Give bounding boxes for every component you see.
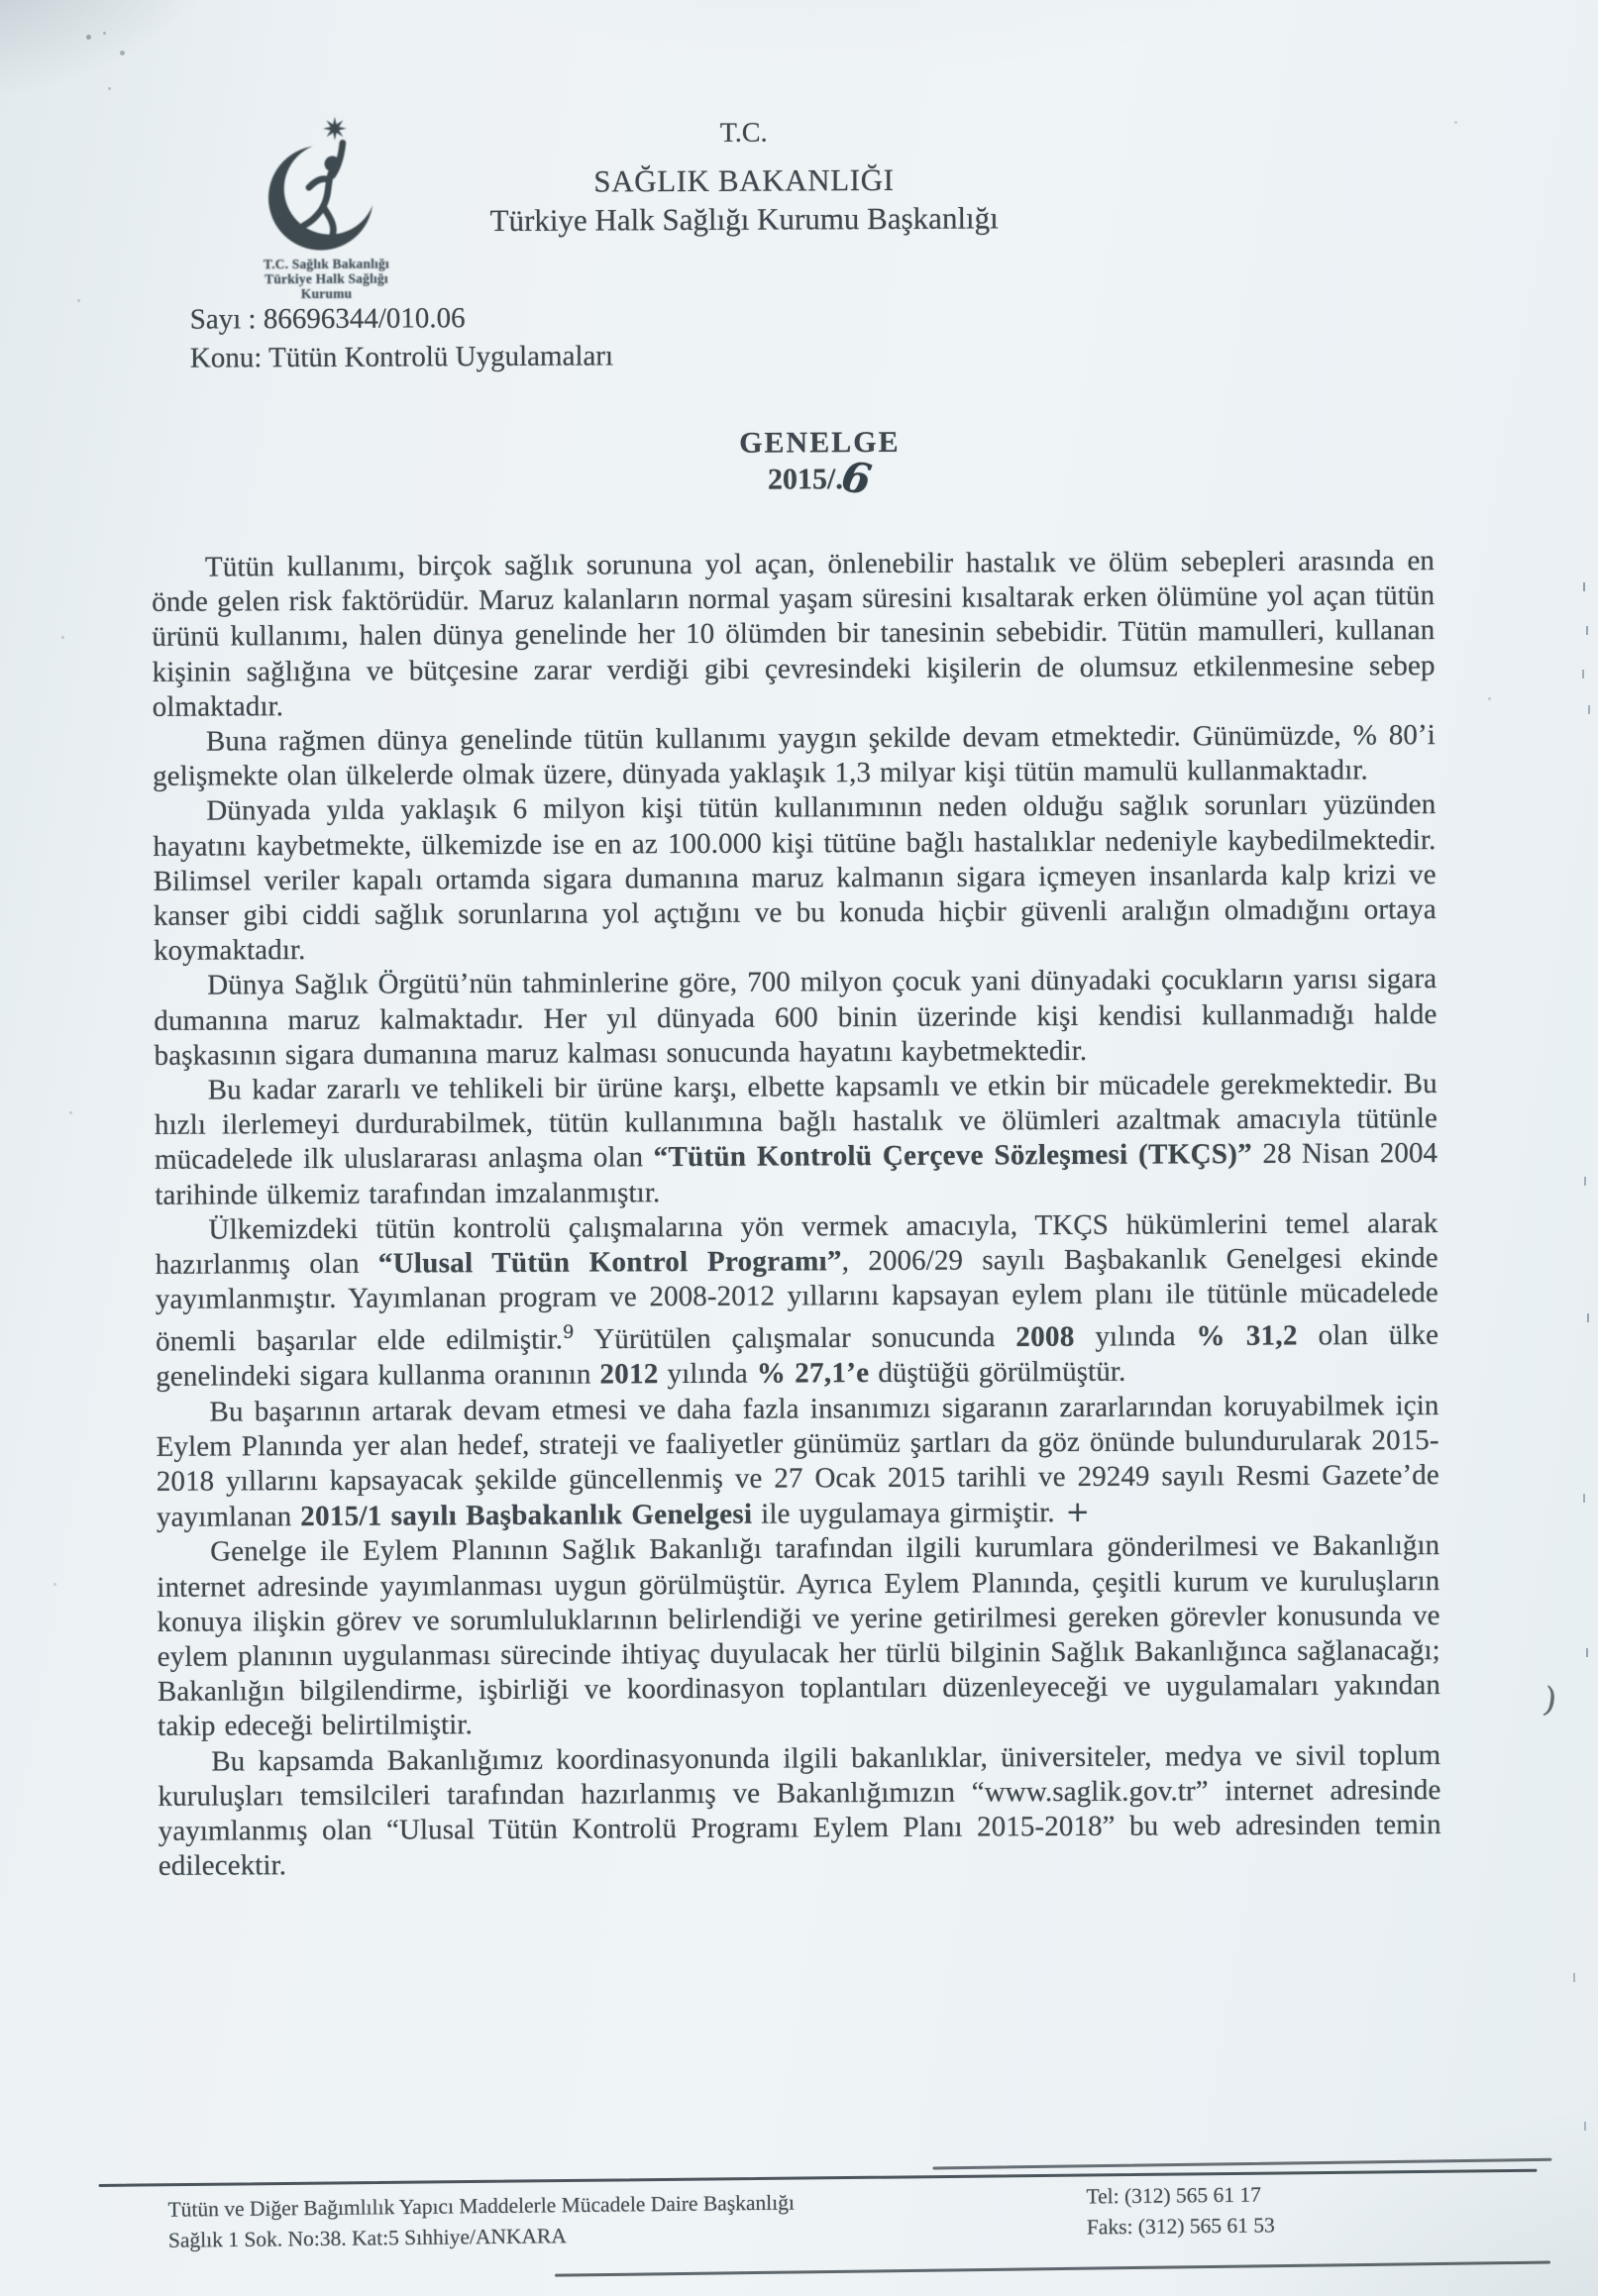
circular-number-prefix: 2015/. bbox=[768, 463, 843, 495]
emphasis-text: “Tütün Kontrolü Çerçeve Sözleşmesi (TKÇS… bbox=[654, 1138, 1253, 1173]
handwritten-number: 6 bbox=[841, 467, 873, 491]
text-run: Dünyada yılda yaklaşık 6 milyon kişi tüt… bbox=[153, 788, 1437, 967]
emphasis-text: % 27,1’e bbox=[757, 1357, 870, 1390]
footer-department: Tütün ve Diğer Bağımlılık Yapıcı Maddele… bbox=[167, 2188, 795, 2256]
scanned-document-page: T.C. Sağlık Bakanlığı Türkiye Halk Sağlı… bbox=[0, 0, 1598, 2296]
document-meta: Sayı : 86696344/010.06 Konu: Tütün Kontr… bbox=[190, 298, 614, 377]
footer-divider-line-upper bbox=[932, 2158, 1551, 2170]
margin-pen-mark: ) bbox=[1541, 1680, 1559, 1722]
text-run: yılında bbox=[659, 1358, 757, 1391]
emphasis-text: % 31,2 bbox=[1196, 1320, 1297, 1353]
text-run: ile uygulamaya girmiştir. bbox=[752, 1497, 1055, 1530]
letterhead: T.C. SAĞLIK BAKANLIĞI Türkiye Halk Sağlı… bbox=[328, 116, 1161, 240]
paragraph: Genelge ile Eylem Planının Sağlık Bakanl… bbox=[157, 1528, 1440, 1744]
text-run: Yürütülen çalışmalar sonucunda bbox=[574, 1321, 1015, 1355]
paragraph: Bu kadar zararlı ve tehlikeli bir ürüne … bbox=[155, 1067, 1438, 1213]
paragraph: Bu kapsamda Bakanlığımız koordinasyonund… bbox=[158, 1738, 1441, 1885]
text-run: Buna rağmen dünya genelinde tütün kullan… bbox=[153, 719, 1436, 792]
pen-mark: 9 bbox=[563, 1322, 575, 1343]
paragraph: Tütün kullanımı, birçok sağlık sorununa … bbox=[152, 544, 1436, 725]
emphasis-text: 2012 bbox=[599, 1359, 658, 1391]
document-body: Tütün kullanımı, birçok sağlık sorununa … bbox=[152, 544, 1441, 1884]
text-run: “Ulusal Tütün Kontrolü Programı Eylem Pl… bbox=[386, 1811, 1116, 1846]
republic-abbrev: T.C. bbox=[328, 116, 1160, 152]
emphasis-text: “Ulusal Tütün Kontrol Programı” bbox=[378, 1245, 842, 1279]
scan-edge-marks bbox=[0, 0, 2, 9]
text-run: Dünya Sağlık Örgütü’nün tahminlerine gör… bbox=[154, 964, 1437, 1072]
text-run: yılında bbox=[1074, 1320, 1196, 1353]
logo-caption-line: Türkiye Halk Sağlığı bbox=[227, 270, 425, 286]
paragraph: Buna rağmen dünya genelinde tütün kullan… bbox=[153, 718, 1436, 794]
circular-heading: GENELGE 2015/.6 bbox=[423, 424, 1216, 498]
document-number: Sayı : 86696344/010.06 bbox=[190, 298, 613, 339]
paragraph: Dünyada yılda yaklaşık 6 milyon kişi tüt… bbox=[153, 787, 1437, 969]
footer-contact: Tel: (312) 565 61 17 Faks: (312) 565 61 … bbox=[1086, 2179, 1275, 2243]
text-run: Genelge ile Eylem Planının Sağlık Bakanl… bbox=[157, 1529, 1440, 1742]
paragraph: Dünya Sağlık Örgütü’nün tahminlerine gör… bbox=[154, 963, 1438, 1074]
footer-fax: Faks: (312) 565 61 53 bbox=[1087, 2210, 1275, 2243]
paragraph: Ülkemizdeki tütün kontrolü çalışmalarına… bbox=[155, 1206, 1438, 1395]
text-run: düştüğü görülmüştür. bbox=[869, 1356, 1125, 1389]
emphasis-text: 2015/1 sayılı Başbakanlık Genelgesi bbox=[300, 1499, 752, 1532]
emphasis-text: 2008 bbox=[1015, 1321, 1074, 1353]
circular-title: GENELGE bbox=[423, 424, 1216, 462]
document-content: T.C. Sağlık Bakanlığı Türkiye Halk Sağlı… bbox=[0, 0, 1598, 2296]
footer-divider-line bbox=[99, 2169, 1538, 2187]
institution-name: Türkiye Halk Sağlığı Kurumu Başkanlığı bbox=[328, 200, 1160, 240]
document-subject: Konu: Tütün Kontrolü Uygulamaları bbox=[190, 337, 613, 377]
footer-phone: Tel: (312) 565 61 17 bbox=[1086, 2179, 1274, 2212]
scan-artifact-line bbox=[555, 2261, 1550, 2277]
text-run: “www.saglik.gov.tr” bbox=[972, 1775, 1209, 1808]
circular-number: 2015/.6 bbox=[423, 461, 1216, 498]
pen-mark: + bbox=[1055, 1495, 1091, 1528]
paragraph: Bu başarının artarak devam etmesi ve dah… bbox=[156, 1389, 1439, 1536]
text-run: Tütün kullanımı, birçok sağlık sorununa … bbox=[152, 545, 1436, 723]
ministry-name: SAĞLIK BAKANLIĞI bbox=[328, 161, 1160, 201]
logo-caption-line: T.C. Sağlık Bakanlığı bbox=[227, 256, 425, 271]
footer-address: Sağlık 1 Sok. No:38. Kat:5 Sıhhiye/ANKAR… bbox=[168, 2219, 796, 2256]
